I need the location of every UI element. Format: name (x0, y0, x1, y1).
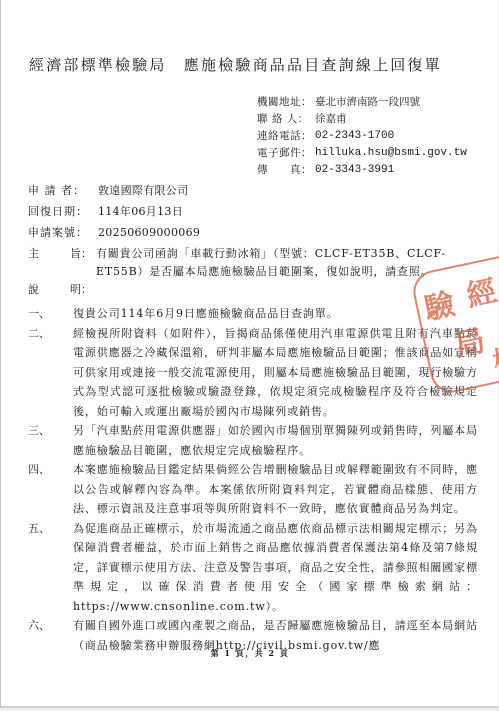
contact-value-person: 徐嘉甫 (315, 111, 347, 128)
subject-label: 主旨： (28, 245, 96, 281)
item-text: 本案應施檢驗品目鑑定結果倘經公告增刪檢驗品目或解釋範圍致有不同時，應以公告或解釋… (73, 460, 478, 519)
applicant-value: 敦遠國際有限公司 (98, 180, 188, 201)
subject-block: 主旨： 有關貴公司函詢「車載行動冰箱」（型號：CLCF-ET35B、CLCF-E… (28, 245, 468, 299)
contact-label: 電子郵件： (257, 145, 315, 162)
contact-label: 連絡電話： (257, 128, 315, 145)
list-item: 一、 復貴公司114年6月9日應施檢驗商品品目查詢單。 (28, 304, 478, 324)
reply-date-label: 回復日期： (28, 201, 98, 222)
contact-value-address: 臺北市濟南路一段四號 (315, 94, 420, 111)
contact-value-fax: 02-3343-3991 (315, 162, 394, 179)
list-item: 四、 本案應施檢驗品目鑑定結果倘經公告增刪檢驗品目或解釋範圍致有不同時，應以公告… (28, 460, 478, 519)
case-number-label: 申請案號： (28, 222, 98, 243)
contact-row-fax: 傳 真： 02-3343-3991 (257, 162, 467, 179)
reply-date-row: 回復日期： 114年06月13日 (28, 201, 200, 222)
list-item: 二、 經檢視所附資料（如附件），旨揭商品係僅使用汽車電源供電且附有汽車點菸電源供… (28, 324, 478, 422)
contact-label: 傳 真： (257, 162, 315, 179)
contact-row-address: 機關地址： 臺北市濟南路一段四號 (257, 94, 467, 111)
contact-label: 聯 絡 人： (257, 111, 315, 128)
applicant-row: 申 請 者： 敦遠國際有限公司 (28, 180, 200, 201)
explanation-label-part: 說 (28, 281, 70, 299)
document-title: 經濟部標準檢驗局 應施檢驗商品品目查詢線上回復單 (29, 54, 479, 75)
item-number: 四、 (28, 460, 73, 519)
item-text: 為促進商品正確標示，於市場流通之商品應依商品標示法相關規定標示；另為保障消費者權… (73, 519, 478, 617)
item-text: 復貴公司114年6月9日應施檢驗商品品目查詢單。 (73, 304, 478, 324)
contact-value-email: hilluka.hsu@bsmi.gov.tw (315, 145, 467, 162)
case-number-value: 20250609000069 (98, 222, 200, 243)
explanation-label-part: 明： (70, 281, 92, 299)
contact-row-person: 聯 絡 人： 徐嘉甫 (257, 111, 467, 128)
contact-info-block: 機關地址： 臺北市濟南路一段四號 聯 絡 人： 徐嘉甫 連絡電話： 02-234… (257, 94, 467, 179)
contact-row-phone: 連絡電話： 02-2343-1700 (257, 128, 467, 145)
item-number: 五、 (28, 519, 73, 617)
item-text: 經檢視所附資料（如附件），旨揭商品係僅使用汽車電源供電且附有汽車點菸電源供應器之… (73, 324, 478, 422)
contact-label: 機關地址： (257, 94, 315, 111)
case-number-row: 申請案號： 20250609000069 (28, 222, 200, 243)
stamp-char: 檢 (489, 336, 499, 381)
item-number: 三、 (28, 421, 73, 460)
subject-text: 有關貴公司函詢「車載行動冰箱」（型號：CLCF-ET35B、CLCF-ET55B… (96, 245, 468, 281)
list-item: 五、 為促進商品正確標示，於市場流通之商品應依商品標示法相關規定標示；另為保障消… (28, 519, 478, 617)
explanation-label: 說明： (28, 281, 96, 299)
document-page: 經濟部標準檢驗局 應施檢驗商品品目查詢線上回復單 機關地址： 臺北市濟南路一段四… (0, 0, 498, 708)
item-text: 另「汽車點菸用電源供應器」如於國內市場個別單獨陳列或銷售時，列屬本局應施檢驗品目… (73, 421, 478, 460)
reply-date-value: 114年06月13日 (98, 201, 183, 222)
item-number: 二、 (28, 324, 73, 422)
applicant-label: 申 請 者： (28, 180, 98, 201)
item-number: 一、 (28, 304, 73, 324)
contact-row-email: 電子郵件： hilluka.hsu@bsmi.gov.tw (257, 145, 467, 162)
contact-value-phone: 02-2343-1700 (315, 128, 394, 145)
subject-label-part: 旨： (70, 245, 92, 263)
application-meta-block: 申 請 者： 敦遠國際有限公司 回復日期： 114年06月13日 申請案號： 2… (28, 180, 200, 243)
subject-row: 主旨： 有關貴公司函詢「車載行動冰箱」（型號：CLCF-ET35B、CLCF-E… (28, 245, 468, 281)
list-item: 三、 另「汽車點菸用電源供應器」如於國內市場個別單獨陳列或銷售時，列屬本局應施檢… (28, 421, 478, 460)
subject-label-part: 主 (28, 245, 70, 263)
explanation-items-list: 一、 復貴公司114年6月9日應施檢驗商品品目查詢單。 二、 經檢視所附資料（如… (28, 304, 478, 655)
page-number-footer: 第 1 頁，共 2 頁 (1, 648, 499, 659)
explanation-row: 說明： (28, 281, 468, 299)
